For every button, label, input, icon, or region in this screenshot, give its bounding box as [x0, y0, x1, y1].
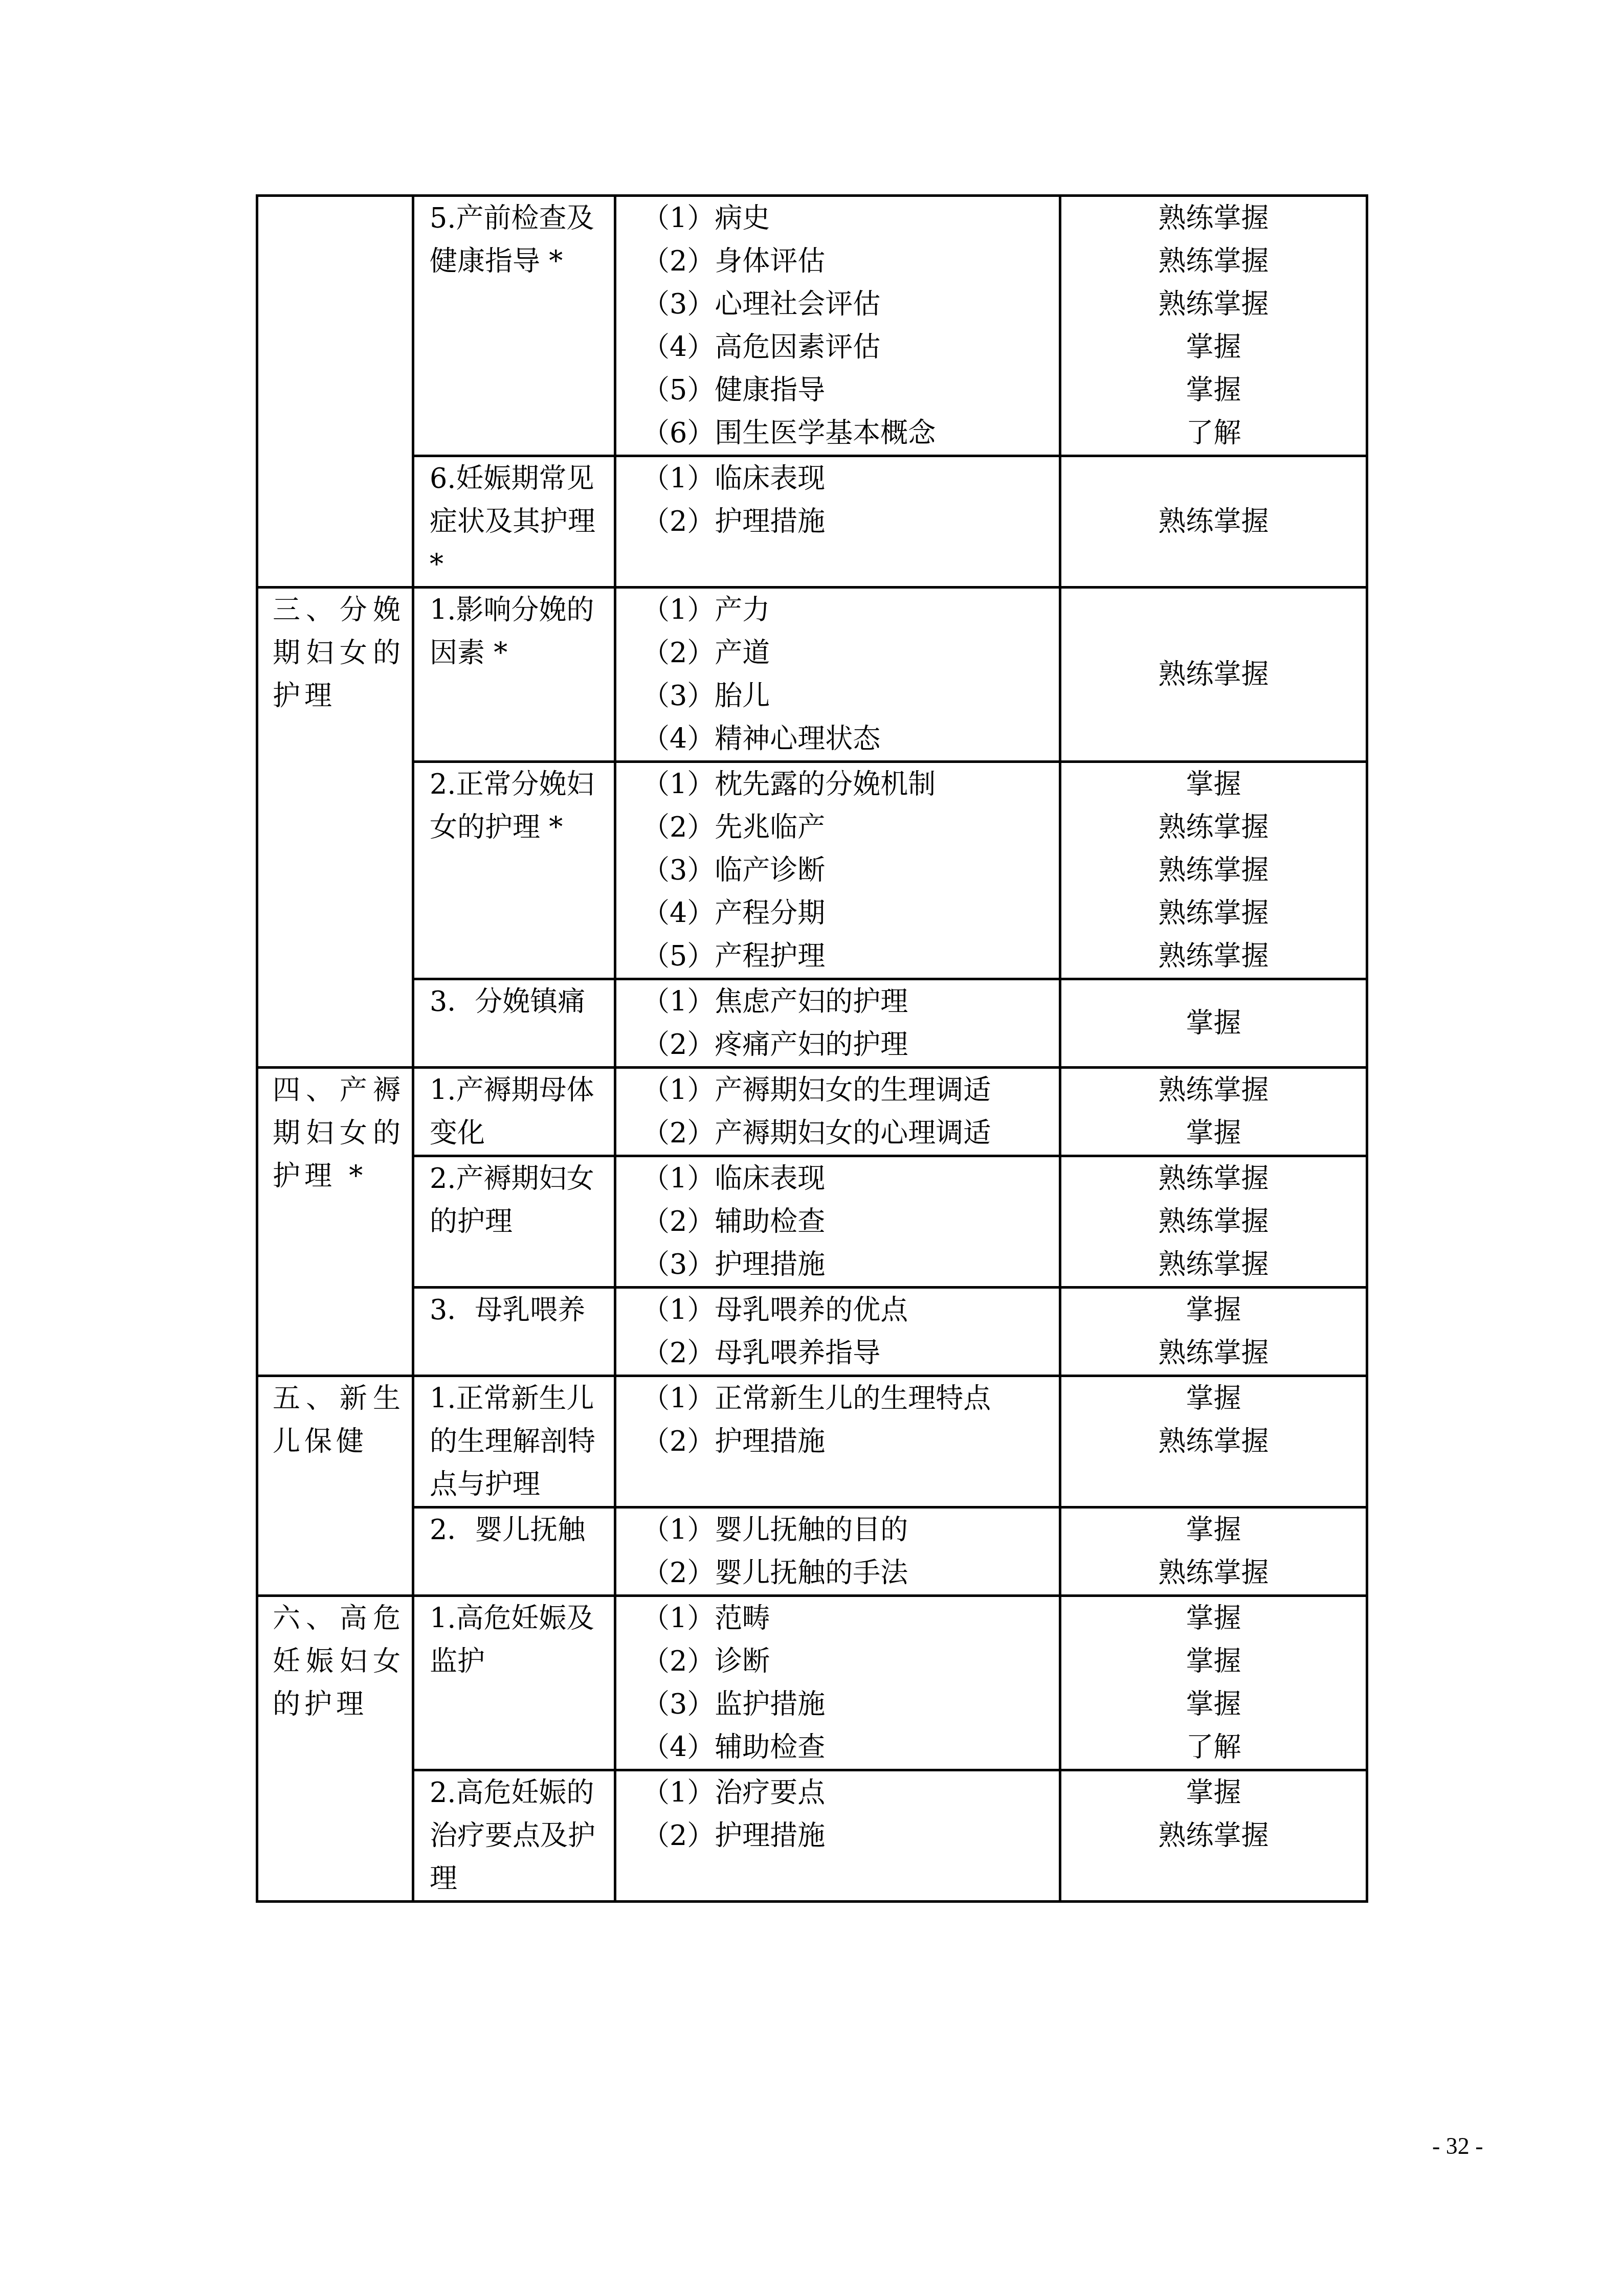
- topic-title: 1.产褥期母体变化: [414, 1069, 614, 1155]
- section-cell: [257, 196, 413, 588]
- level-label: 掌握: [1061, 763, 1366, 806]
- topic-cell: 2.正常分娩妇女的护理 *: [413, 762, 615, 979]
- level-cell: 掌握 熟练掌握 熟练掌握 熟练掌握 熟练掌握: [1060, 762, 1367, 979]
- content-item: （1）产褥期妇女的生理调适: [616, 1069, 1059, 1112]
- content-cell: （1）范畴 （2）诊断 （3）监护措施 （4）辅助检查: [615, 1596, 1060, 1770]
- content-cell: （1）产力 （2）产道 （3）胎儿 （4）精神心理状态: [615, 588, 1060, 762]
- page-number: - 32 -: [1432, 2132, 1483, 2159]
- topic-title: 2.产褥期妇女的护理: [414, 1157, 614, 1243]
- level-label: 熟练掌握: [1061, 240, 1366, 283]
- level-label: 熟练掌握: [1061, 1332, 1366, 1375]
- level-label: 掌握: [1061, 1640, 1366, 1683]
- table-row: 3．分娩镇痛 （1）焦虑产妇的护理 （2）疼痛产妇的护理 掌握: [257, 979, 1367, 1068]
- topic-title: 5.产前检查及健康指导 *: [414, 197, 614, 283]
- content-item: （1）正常新生儿的生理特点: [616, 1377, 1059, 1420]
- level-cell: 掌握 熟练掌握: [1060, 1376, 1367, 1507]
- level-label: 掌握: [1061, 1289, 1366, 1332]
- level-cell: 掌握 掌握 掌握 了解: [1060, 1596, 1367, 1770]
- content-item: （3）护理措施: [616, 1243, 1059, 1286]
- content-item: （1）枕先露的分娩机制: [616, 763, 1059, 806]
- topic-cell: 1.影响分娩的因素 *: [413, 588, 615, 762]
- level-label: 熟练掌握: [1061, 500, 1366, 543]
- topic-cell: 2．婴儿抚触: [413, 1507, 615, 1596]
- section-title: 六、高危妊娠妇女的护理: [258, 1597, 412, 1726]
- topic-title: 2．婴儿抚触: [414, 1509, 614, 1551]
- table-row: 三、分娩期妇女的护理 1.影响分娩的因素 * （1）产力 （2）产道 （3）胎儿…: [257, 588, 1367, 762]
- content-cell: （1）婴儿抚触的目的 （2）婴儿抚触的手法: [615, 1507, 1060, 1596]
- level-cell: 熟练掌握: [1060, 588, 1367, 762]
- table-row: 3．母乳喂养 （1）母乳喂养的优点 （2）母乳喂养指导 掌握 熟练掌握: [257, 1288, 1367, 1376]
- topic-cell: 6.妊娠期常见症状及其护理 *: [413, 456, 615, 588]
- content-cell: （1）临床表现 （2）辅助检查 （3）护理措施: [615, 1156, 1060, 1288]
- level-label: 熟练掌握: [1061, 653, 1366, 696]
- level-label: 掌握: [1061, 1002, 1366, 1045]
- content-item: （1）临床表现: [616, 457, 1059, 500]
- level-cell: 熟练掌握 熟练掌握 熟练掌握 掌握 掌握 了解: [1060, 196, 1367, 456]
- level-label: 熟练掌握: [1061, 283, 1366, 326]
- section-cell: 三、分娩期妇女的护理: [257, 588, 413, 1068]
- level-label: 掌握: [1061, 1112, 1366, 1155]
- table-row: 2.正常分娩妇女的护理 * （1）枕先露的分娩机制 （2）先兆临产 （3）临产诊…: [257, 762, 1367, 979]
- level-label: 熟练掌握: [1061, 197, 1366, 240]
- content-item: （3）心理社会评估: [616, 283, 1059, 326]
- topic-title: 3．分娩镇痛: [414, 980, 614, 1023]
- syllabus-table: 5.产前检查及健康指导 * （1）病史 （2）身体评估 （3）心理社会评估 （4…: [256, 194, 1368, 1903]
- level-cell: 熟练掌握 掌握: [1060, 1068, 1367, 1156]
- content-item: （2）产褥期妇女的心理调适: [616, 1112, 1059, 1155]
- content-item: （1）治疗要点: [616, 1771, 1059, 1814]
- topic-title: 1.影响分娩的因素 *: [414, 589, 614, 674]
- content-item: （2）辅助检查: [616, 1200, 1059, 1243]
- content-cell: （1）枕先露的分娩机制 （2）先兆临产 （3）临产诊断 （4）产程分期 （5）产…: [615, 762, 1060, 979]
- content-cell: （1）母乳喂养的优点 （2）母乳喂养指导: [615, 1288, 1060, 1376]
- level-cell: 掌握 熟练掌握: [1060, 1507, 1367, 1596]
- topic-cell: 1.正常新生儿的生理解剖特点与护理: [413, 1376, 615, 1507]
- level-label: 熟练掌握: [1061, 1814, 1366, 1857]
- content-item: （2）婴儿抚触的手法: [616, 1551, 1059, 1594]
- content-item: （2）护理措施: [616, 500, 1059, 543]
- content-item: （1）母乳喂养的优点: [616, 1289, 1059, 1332]
- level-label: 熟练掌握: [1061, 849, 1366, 892]
- content-item: （3）胎儿: [616, 674, 1059, 717]
- level-label: 熟练掌握: [1061, 1200, 1366, 1243]
- content-item: （1）病史: [616, 197, 1059, 240]
- content-item: （2）疼痛产妇的护理: [616, 1023, 1059, 1066]
- content-cell: （1）产褥期妇女的生理调适 （2）产褥期妇女的心理调适: [615, 1068, 1060, 1156]
- table-row: 6.妊娠期常见症状及其护理 * （1）临床表现 （2）护理措施 熟练掌握: [257, 456, 1367, 588]
- content-cell: （1）正常新生儿的生理特点 （2）护理措施: [615, 1376, 1060, 1507]
- level-cell: 掌握 熟练掌握: [1060, 1288, 1367, 1376]
- topic-cell: 2.高危妊娠的治疗要点及护理: [413, 1770, 615, 1902]
- level-label: 了解: [1061, 412, 1366, 455]
- level-label: 熟练掌握: [1061, 935, 1366, 978]
- level-label: 掌握: [1061, 1597, 1366, 1640]
- section-cell: 五、新生儿保健: [257, 1376, 413, 1596]
- table-row: 六、高危妊娠妇女的护理 1.高危妊娠及监护 （1）范畴 （2）诊断 （3）监护措…: [257, 1596, 1367, 1770]
- level-label: 熟练掌握: [1061, 1069, 1366, 1112]
- content-cell: （1）焦虑产妇的护理 （2）疼痛产妇的护理: [615, 979, 1060, 1068]
- level-cell: 掌握 熟练掌握: [1060, 1770, 1367, 1902]
- topic-title: 6.妊娠期常见症状及其护理 *: [414, 457, 614, 586]
- topic-cell: 3．母乳喂养: [413, 1288, 615, 1376]
- section-title: 三、分娩期妇女的护理: [258, 589, 412, 717]
- content-item: （3）监护措施: [616, 1683, 1059, 1726]
- table-row: 五、新生儿保健 1.正常新生儿的生理解剖特点与护理 （1）正常新生儿的生理特点 …: [257, 1376, 1367, 1507]
- content-item: （2）身体评估: [616, 240, 1059, 283]
- level-label: 熟练掌握: [1061, 1551, 1366, 1594]
- content-item: （2）诊断: [616, 1640, 1059, 1683]
- content-item: （4）辅助检查: [616, 1726, 1059, 1769]
- table-row: 2.产褥期妇女的护理 （1）临床表现 （2）辅助检查 （3）护理措施 熟练掌握 …: [257, 1156, 1367, 1288]
- level-label: 了解: [1061, 1726, 1366, 1769]
- content-item: （1）产力: [616, 589, 1059, 632]
- level-cell: 掌握: [1060, 979, 1367, 1068]
- level-cell: 熟练掌握: [1060, 456, 1367, 588]
- content-cell: （1）治疗要点 （2）护理措施: [615, 1770, 1060, 1902]
- content-item: （5）产程护理: [616, 935, 1059, 978]
- topic-title: 2.正常分娩妇女的护理 *: [414, 763, 614, 849]
- level-label: 熟练掌握: [1061, 1157, 1366, 1200]
- level-label: 熟练掌握: [1061, 1420, 1366, 1463]
- content-item: （4）高危因素评估: [616, 326, 1059, 369]
- topic-cell: 3．分娩镇痛: [413, 979, 615, 1068]
- topic-title: 1.高危妊娠及监护: [414, 1597, 614, 1683]
- section-title: 四、产褥期妇女的护理 *: [258, 1069, 412, 1198]
- topic-cell: 5.产前检查及健康指导 *: [413, 196, 615, 456]
- table-row: 2．婴儿抚触 （1）婴儿抚触的目的 （2）婴儿抚触的手法 掌握 熟练掌握: [257, 1507, 1367, 1596]
- content-item: （6）围生医学基本概念: [616, 412, 1059, 455]
- content-item: （2）护理措施: [616, 1420, 1059, 1463]
- topic-cell: 1.产褥期母体变化: [413, 1068, 615, 1156]
- content-item: （4）精神心理状态: [616, 717, 1059, 760]
- topic-title: 2.高危妊娠的治疗要点及护理: [414, 1771, 614, 1900]
- table-row: 四、产褥期妇女的护理 * 1.产褥期母体变化 （1）产褥期妇女的生理调适 （2）…: [257, 1068, 1367, 1156]
- level-label: 掌握: [1061, 1683, 1366, 1726]
- section-cell: 四、产褥期妇女的护理 *: [257, 1068, 413, 1376]
- level-label: 熟练掌握: [1061, 1243, 1366, 1286]
- level-cell: 熟练掌握 熟练掌握 熟练掌握: [1060, 1156, 1367, 1288]
- level-label: 掌握: [1061, 1377, 1366, 1420]
- level-label: 掌握: [1061, 326, 1366, 369]
- level-label: 熟练掌握: [1061, 892, 1366, 935]
- level-label: 掌握: [1061, 1771, 1366, 1814]
- content-item: （3）临产诊断: [616, 849, 1059, 892]
- content-item: （1）婴儿抚触的目的: [616, 1509, 1059, 1551]
- content-item: （5）健康指导: [616, 369, 1059, 412]
- content-item: （4）产程分期: [616, 892, 1059, 935]
- topic-cell: 1.高危妊娠及监护: [413, 1596, 615, 1770]
- section-cell: 六、高危妊娠妇女的护理: [257, 1596, 413, 1902]
- level-label: 掌握: [1061, 369, 1366, 412]
- table-row: 2.高危妊娠的治疗要点及护理 （1）治疗要点 （2）护理措施 掌握 熟练掌握: [257, 1770, 1367, 1902]
- content-item: （2）产道: [616, 632, 1059, 674]
- content-item: （1）临床表现: [616, 1157, 1059, 1200]
- content-cell: （1）病史 （2）身体评估 （3）心理社会评估 （4）高危因素评估 （5）健康指…: [615, 196, 1060, 456]
- table-row: 5.产前检查及健康指导 * （1）病史 （2）身体评估 （3）心理社会评估 （4…: [257, 196, 1367, 456]
- content-cell: （1）临床表现 （2）护理措施: [615, 456, 1060, 588]
- section-title: 五、新生儿保健: [258, 1377, 412, 1463]
- content-item: （1）范畴: [616, 1597, 1059, 1640]
- level-label: 熟练掌握: [1061, 806, 1366, 849]
- topic-cell: 2.产褥期妇女的护理: [413, 1156, 615, 1288]
- topic-title: 3．母乳喂养: [414, 1289, 614, 1332]
- topic-title: 1.正常新生儿的生理解剖特点与护理: [414, 1377, 614, 1506]
- content-item: （2）先兆临产: [616, 806, 1059, 849]
- content-item: （2）护理措施: [616, 1814, 1059, 1857]
- content-item: （2）母乳喂养指导: [616, 1332, 1059, 1375]
- content-item: （1）焦虑产妇的护理: [616, 980, 1059, 1023]
- level-label: 掌握: [1061, 1509, 1366, 1551]
